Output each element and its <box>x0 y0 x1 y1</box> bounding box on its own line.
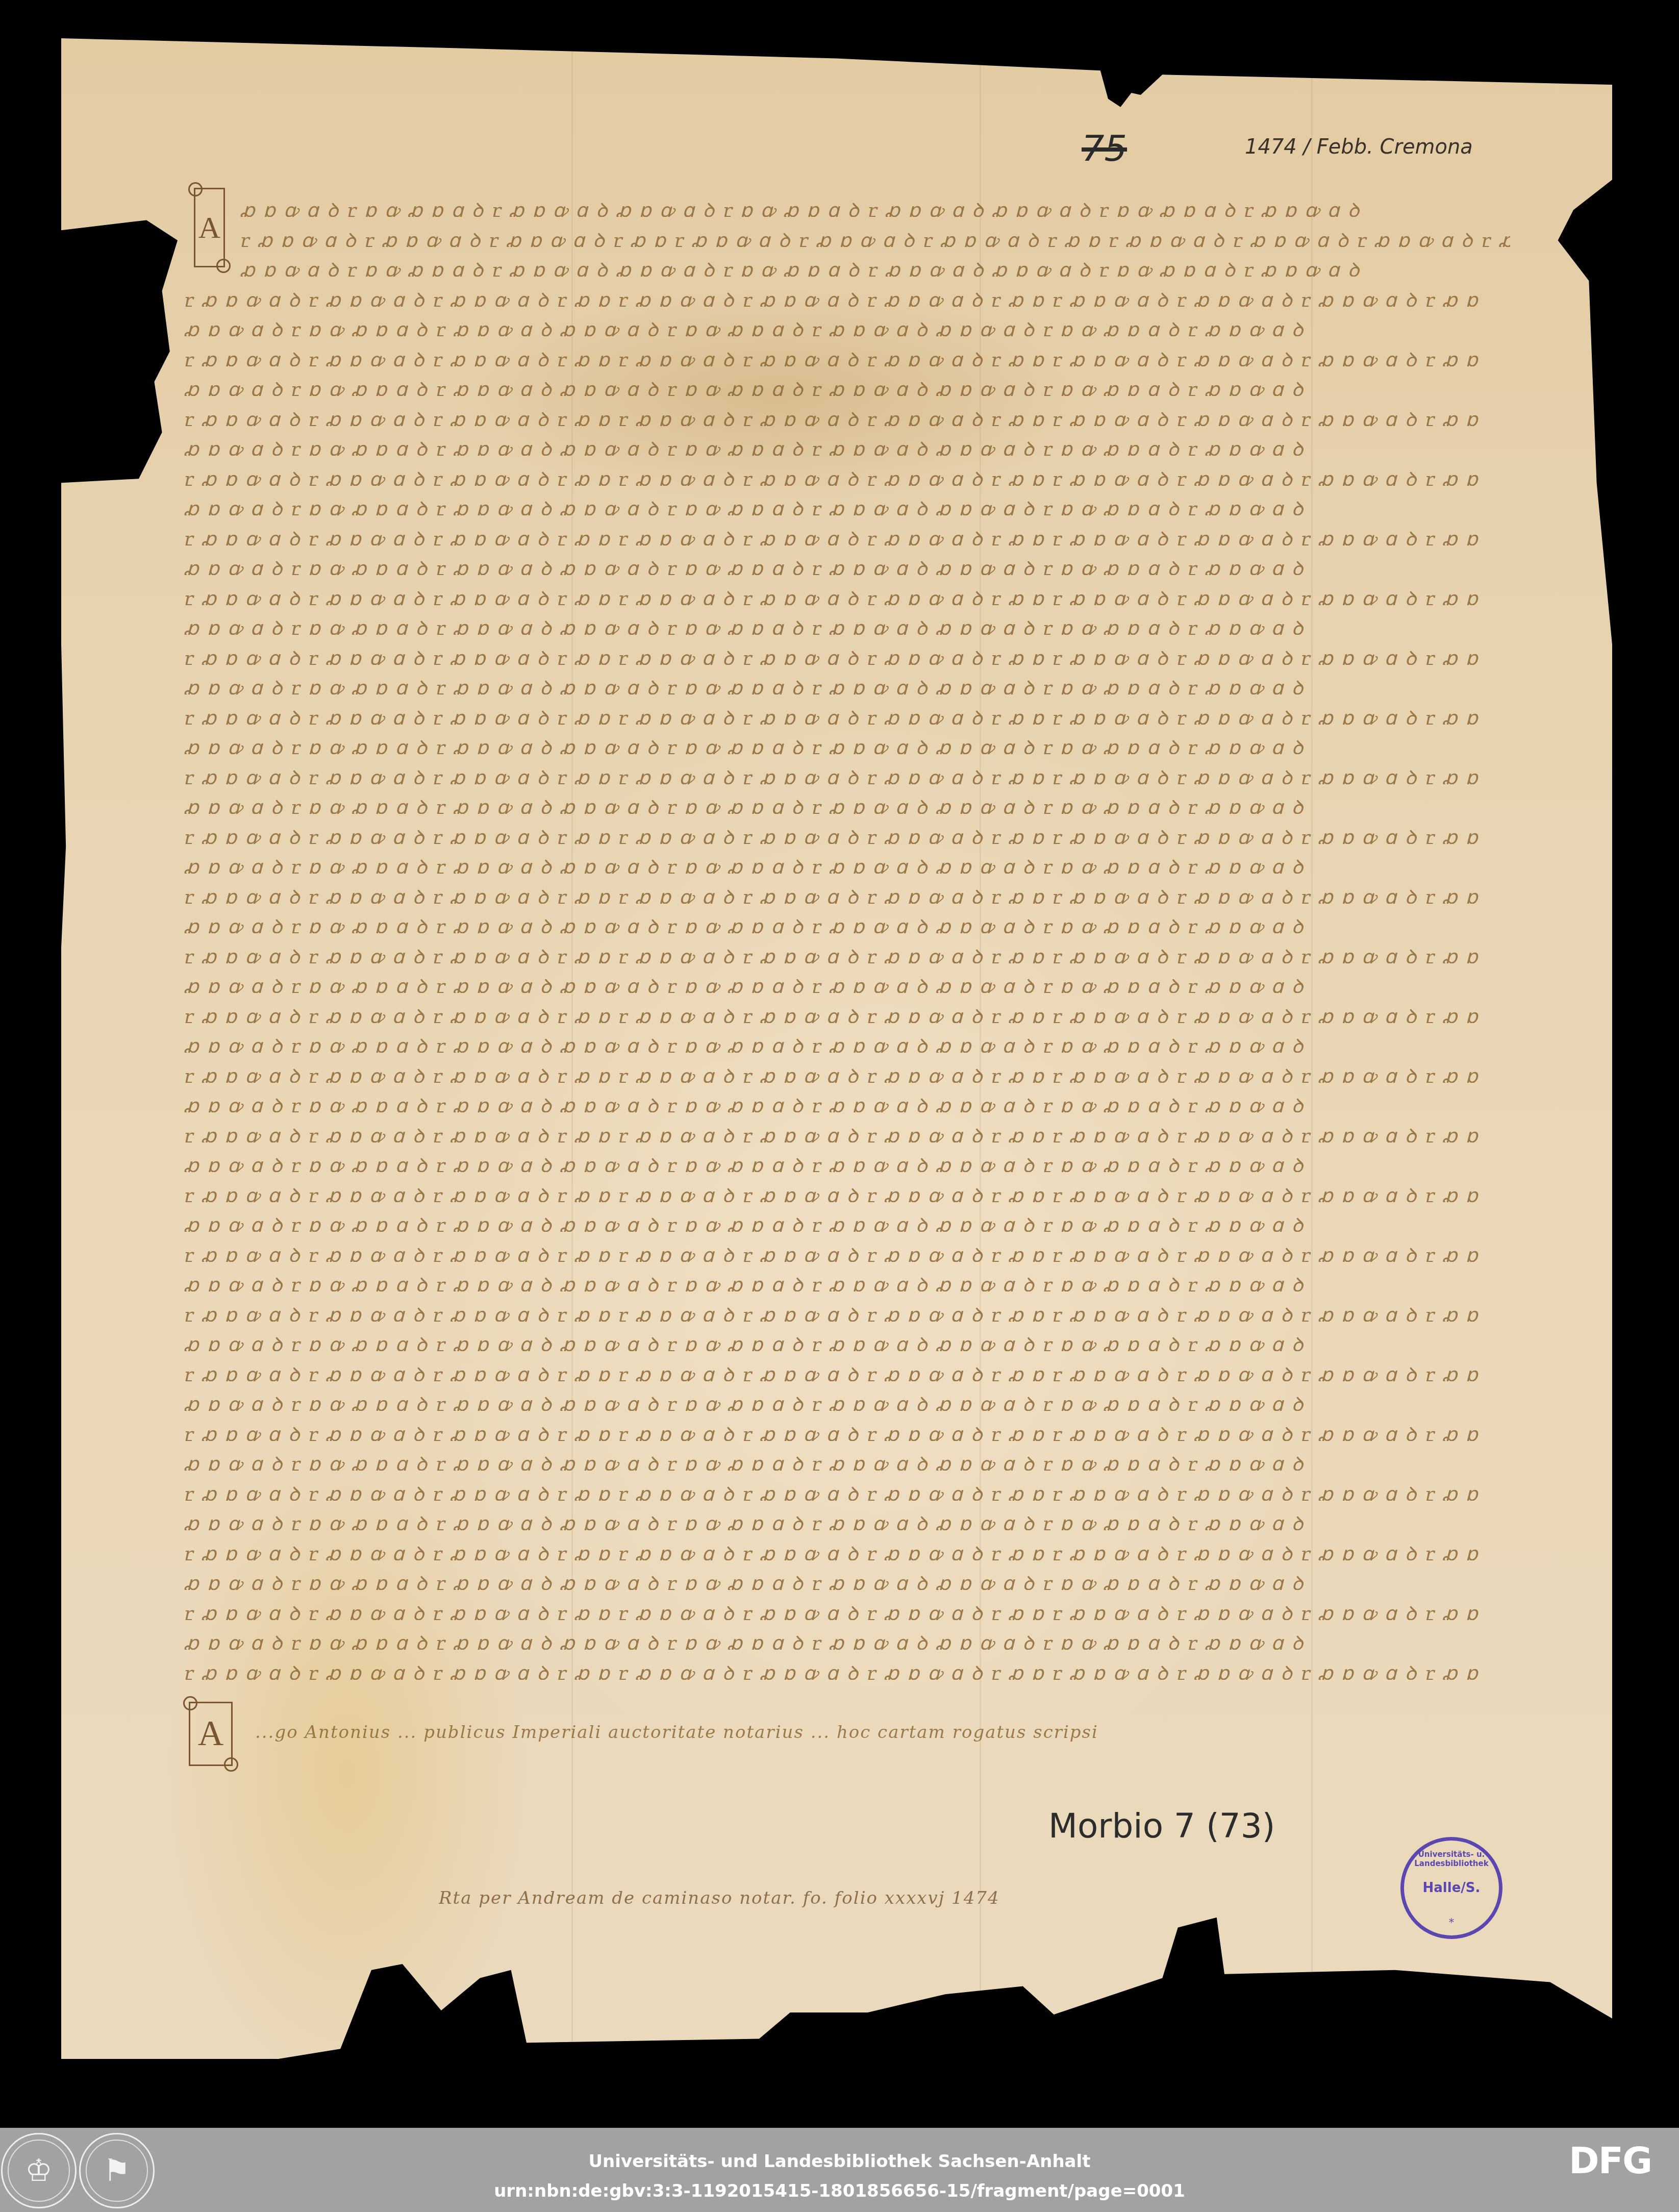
manuscript-line: ꝓ ꝑ ꝙ ꝗ ꝺ ꝼ ꝑ ꝙ ꝓ ꝑ ꝗ ꝺ ꝼ ꝓ ꝑ ꝙ ꝗ ꝺ ꝓ ꝑ … <box>184 1629 1510 1650</box>
manuscript-line: ꝓ ꝑ ꝙ ꝗ ꝺ ꝼ ꝑ ꝙ ꝓ ꝑ ꝗ ꝺ ꝼ ꝓ ꝑ ꝙ ꝗ ꝺ ꝓ ꝑ … <box>184 1271 1510 1291</box>
manuscript-line: ꝓ ꝑ ꝙ ꝗ ꝺ ꝼ ꝑ ꝙ ꝓ ꝑ ꝗ ꝺ ꝼ ꝓ ꝑ ꝙ ꝗ ꝺ ꝓ ꝑ … <box>184 1092 1510 1112</box>
manuscript-line: ꝼ ꝓ ꝑ ꝙ ꝗ ꝺ ꝼ ꝓ ꝑ ꝙ ꝗ ꝺ ꝼ ꝓ ꝑ ꝙ ꝗ ꝺ ꝼ ꝓ … <box>184 1241 1510 1262</box>
manuscript-line: ꝓ ꝑ ꝙ ꝗ ꝺ ꝼ ꝑ ꝙ ꝓ ꝑ ꝗ ꝺ ꝼ ꝓ ꝑ ꝙ ꝗ ꝺ ꝓ ꝑ … <box>184 973 1510 993</box>
manuscript-line: ꝓ ꝑ ꝙ ꝗ ꝺ ꝼ ꝑ ꝙ ꝓ ꝑ ꝗ ꝺ ꝼ ꝓ ꝑ ꝙ ꝗ ꝺ ꝓ ꝑ … <box>184 1510 1510 1530</box>
shelfmark-annotation: Morbio 7 (73) <box>1048 1806 1275 1846</box>
manuscript-line: ꝼ ꝓ ꝑ ꝙ ꝗ ꝺ ꝼ ꝓ ꝑ ꝙ ꝗ ꝺ ꝼ ꝓ ꝑ ꝙ ꝗ ꝺ ꝼ ꝓ … <box>184 1540 1510 1560</box>
manuscript-line: ꝓ ꝑ ꝙ ꝗ ꝺ ꝼ ꝑ ꝙ ꝓ ꝑ ꝗ ꝺ ꝼ ꝓ ꝑ ꝙ ꝗ ꝺ ꝓ ꝑ … <box>184 1450 1510 1471</box>
manuscript-line: ꝓ ꝑ ꝙ ꝗ ꝺ ꝼ ꝑ ꝙ ꝓ ꝑ ꝗ ꝺ ꝼ ꝓ ꝑ ꝙ ꝗ ꝺ ꝓ ꝑ … <box>240 196 1510 217</box>
footer-bar: ♔ ⚑ Universitäts- und Landesbibliothek S… <box>0 2128 1679 2212</box>
manuscript-line: ꝼ ꝓ ꝑ ꝙ ꝗ ꝺ ꝼ ꝓ ꝑ ꝙ ꝗ ꝺ ꝼ ꝓ ꝑ ꝙ ꝗ ꝺ ꝼ ꝓ … <box>184 585 1510 605</box>
stamp-ring-text: Universitäts- u. Landesbibliothek <box>1404 1850 1499 1868</box>
manuscript-line: ꝼ ꝓ ꝑ ꝙ ꝗ ꝺ ꝼ ꝓ ꝑ ꝙ ꝗ ꝺ ꝼ ꝓ ꝑ ꝙ ꝗ ꝺ ꝼ ꝓ … <box>184 1182 1510 1202</box>
struck-folio-number: 75 <box>1082 128 1127 169</box>
manuscript-line: ꝼ ꝓ ꝑ ꝙ ꝗ ꝺ ꝼ ꝓ ꝑ ꝙ ꝗ ꝺ ꝼ ꝓ ꝑ ꝙ ꝗ ꝺ ꝼ ꝓ … <box>240 227 1510 247</box>
manuscript-line: ꝼ ꝓ ꝑ ꝙ ꝗ ꝺ ꝼ ꝓ ꝑ ꝙ ꝗ ꝺ ꝼ ꝓ ꝑ ꝙ ꝗ ꝺ ꝼ ꝓ … <box>184 1361 1510 1381</box>
manuscript-line: ꝓ ꝑ ꝙ ꝗ ꝺ ꝼ ꝑ ꝙ ꝓ ꝑ ꝗ ꝺ ꝼ ꝓ ꝑ ꝙ ꝗ ꝺ ꝓ ꝑ … <box>184 674 1510 694</box>
dfg-logo: DFG <box>1569 2139 1651 2182</box>
initial-letter: A <box>198 210 220 245</box>
manuscript-line: ꝼ ꝓ ꝑ ꝙ ꝗ ꝺ ꝼ ꝓ ꝑ ꝙ ꝗ ꝺ ꝼ ꝓ ꝑ ꝙ ꝗ ꝺ ꝼ ꝓ … <box>184 1301 1510 1322</box>
decorated-initial: A <box>194 188 225 267</box>
manuscript-line: ꝼ ꝓ ꝑ ꝙ ꝗ ꝺ ꝼ ꝓ ꝑ ꝙ ꝗ ꝺ ꝼ ꝓ ꝑ ꝙ ꝗ ꝺ ꝼ ꝓ … <box>184 704 1510 725</box>
manuscript-line: ꝼ ꝓ ꝑ ꝙ ꝗ ꝺ ꝼ ꝓ ꝑ ꝙ ꝗ ꝺ ꝼ ꝓ ꝑ ꝙ ꝗ ꝺ ꝼ ꝓ … <box>184 943 1510 963</box>
manuscript-line: ꝼ ꝓ ꝑ ꝙ ꝗ ꝺ ꝼ ꝓ ꝑ ꝙ ꝗ ꝺ ꝼ ꝓ ꝑ ꝙ ꝗ ꝺ ꝼ ꝓ … <box>184 346 1510 366</box>
manuscript-line: ꝓ ꝑ ꝙ ꝗ ꝺ ꝼ ꝑ ꝙ ꝓ ꝑ ꝗ ꝺ ꝼ ꝓ ꝑ ꝙ ꝗ ꝺ ꝓ ꝑ … <box>184 376 1510 396</box>
manuscript-line: ꝓ ꝑ ꝙ ꝗ ꝺ ꝼ ꝑ ꝙ ꝓ ꝑ ꝗ ꝺ ꝼ ꝓ ꝑ ꝙ ꝗ ꝺ ꝓ ꝑ … <box>184 1211 1510 1232</box>
date-place-annotation: 1474 / Febb. Cremona <box>1245 135 1473 159</box>
notary-sign-letter: A <box>198 1713 224 1754</box>
manuscript-line: ꝼ ꝓ ꝑ ꝙ ꝗ ꝺ ꝼ ꝓ ꝑ ꝙ ꝗ ꝺ ꝼ ꝓ ꝑ ꝙ ꝗ ꝺ ꝼ ꝓ … <box>184 406 1510 426</box>
manuscript-line: ꝼ ꝓ ꝑ ꝙ ꝗ ꝺ ꝼ ꝓ ꝑ ꝙ ꝗ ꝺ ꝼ ꝓ ꝑ ꝙ ꝗ ꝺ ꝼ ꝓ … <box>184 525 1510 545</box>
manuscript-line: ꝼ ꝓ ꝑ ꝙ ꝗ ꝺ ꝼ ꝓ ꝑ ꝙ ꝗ ꝺ ꝼ ꝓ ꝑ ꝙ ꝗ ꝺ ꝼ ꝓ … <box>184 465 1510 486</box>
manuscript-line: ꝓ ꝑ ꝙ ꝗ ꝺ ꝼ ꝑ ꝙ ꝓ ꝑ ꝗ ꝺ ꝼ ꝓ ꝑ ꝙ ꝗ ꝺ ꝓ ꝑ … <box>184 495 1510 515</box>
manuscript-line: ꝼ ꝓ ꝑ ꝙ ꝗ ꝺ ꝼ ꝓ ꝑ ꝙ ꝗ ꝺ ꝼ ꝓ ꝑ ꝙ ꝗ ꝺ ꝼ ꝓ … <box>184 824 1510 844</box>
notary-sign: A <box>189 1702 233 1766</box>
registration-note: Rta per Andream de caminaso notar. fo. f… <box>439 1888 1127 1908</box>
manuscript-line: ꝓ ꝑ ꝙ ꝗ ꝺ ꝼ ꝑ ꝙ ꝓ ꝑ ꝗ ꝺ ꝼ ꝓ ꝑ ꝙ ꝗ ꝺ ꝓ ꝑ … <box>184 913 1510 933</box>
manuscript-line: ꝼ ꝓ ꝑ ꝙ ꝗ ꝺ ꝼ ꝓ ꝑ ꝙ ꝗ ꝺ ꝼ ꝓ ꝑ ꝙ ꝗ ꝺ ꝼ ꝓ … <box>184 764 1510 784</box>
manuscript-line: ꝓ ꝑ ꝙ ꝗ ꝺ ꝼ ꝑ ꝙ ꝓ ꝑ ꝗ ꝺ ꝼ ꝓ ꝑ ꝙ ꝗ ꝺ ꝓ ꝑ … <box>184 793 1510 814</box>
library-stamp: Universitäts- u. Landesbibliothek Halle/… <box>1400 1837 1502 1939</box>
manuscript-line: ꝓ ꝑ ꝙ ꝗ ꝺ ꝼ ꝑ ꝙ ꝓ ꝑ ꝗ ꝺ ꝼ ꝓ ꝑ ꝙ ꝗ ꝺ ꝓ ꝑ … <box>184 1032 1510 1053</box>
manuscript-line: ꝓ ꝑ ꝙ ꝗ ꝺ ꝼ ꝑ ꝙ ꝓ ꝑ ꝗ ꝺ ꝼ ꝓ ꝑ ꝙ ꝗ ꝺ ꝓ ꝑ … <box>184 1570 1510 1590</box>
manuscript-line: ꝼ ꝓ ꝑ ꝙ ꝗ ꝺ ꝼ ꝓ ꝑ ꝙ ꝗ ꝺ ꝼ ꝓ ꝑ ꝙ ꝗ ꝺ ꝼ ꝓ … <box>184 1600 1510 1620</box>
manuscript-line: ꝼ ꝓ ꝑ ꝙ ꝗ ꝺ ꝼ ꝓ ꝑ ꝙ ꝗ ꝺ ꝼ ꝓ ꝑ ꝙ ꝗ ꝺ ꝼ ꝓ … <box>184 644 1510 665</box>
stamp-center-text: Halle/S. <box>1404 1880 1499 1896</box>
manuscript-line: ꝓ ꝑ ꝙ ꝗ ꝺ ꝼ ꝑ ꝙ ꝓ ꝑ ꝗ ꝺ ꝼ ꝓ ꝑ ꝙ ꝗ ꝺ ꝓ ꝑ … <box>184 435 1510 456</box>
manuscript-line: ꝓ ꝑ ꝙ ꝗ ꝺ ꝼ ꝑ ꝙ ꝓ ꝑ ꝗ ꝺ ꝼ ꝓ ꝑ ꝙ ꝗ ꝺ ꝓ ꝑ … <box>184 1331 1510 1351</box>
manuscript-line: ꝓ ꝑ ꝙ ꝗ ꝺ ꝼ ꝑ ꝙ ꝓ ꝑ ꝗ ꝺ ꝼ ꝓ ꝑ ꝙ ꝗ ꝺ ꝓ ꝑ … <box>184 555 1510 575</box>
manuscript-line: ꝓ ꝑ ꝙ ꝗ ꝺ ꝼ ꝑ ꝙ ꝓ ꝑ ꝗ ꝺ ꝼ ꝓ ꝑ ꝙ ꝗ ꝺ ꝓ ꝑ … <box>184 1390 1510 1411</box>
manuscript-line: ꝓ ꝑ ꝙ ꝗ ꝺ ꝼ ꝑ ꝙ ꝓ ꝑ ꝗ ꝺ ꝼ ꝓ ꝑ ꝙ ꝗ ꝺ ꝓ ꝑ … <box>184 316 1510 336</box>
manuscript-line: ꝼ ꝓ ꝑ ꝙ ꝗ ꝺ ꝼ ꝓ ꝑ ꝙ ꝗ ꝺ ꝼ ꝓ ꝑ ꝙ ꝗ ꝺ ꝼ ꝓ … <box>184 883 1510 904</box>
manuscript-line: ꝓ ꝑ ꝙ ꝗ ꝺ ꝼ ꝑ ꝙ ꝓ ꝑ ꝗ ꝺ ꝼ ꝓ ꝑ ꝙ ꝗ ꝺ ꝓ ꝑ … <box>184 614 1510 635</box>
manuscript-line: ꝼ ꝓ ꝑ ꝙ ꝗ ꝺ ꝼ ꝓ ꝑ ꝙ ꝗ ꝺ ꝼ ꝓ ꝑ ꝙ ꝗ ꝺ ꝼ ꝓ … <box>184 1659 1510 1680</box>
notary-subscription: ...go Antonius ... publicus Imperiali au… <box>255 1722 1480 1743</box>
stamp-star-icon: * <box>1404 1916 1499 1928</box>
urn-identifier[interactable]: urn:nbn:de:gbv:3:3-1192015415-1801856656… <box>0 2181 1679 2201</box>
manuscript-line: ꝼ ꝓ ꝑ ꝙ ꝗ ꝺ ꝼ ꝓ ꝑ ꝙ ꝗ ꝺ ꝼ ꝓ ꝑ ꝙ ꝗ ꝺ ꝼ ꝓ … <box>184 286 1510 307</box>
manuscript-line: ꝼ ꝓ ꝑ ꝙ ꝗ ꝺ ꝼ ꝓ ꝑ ꝙ ꝗ ꝺ ꝼ ꝓ ꝑ ꝙ ꝗ ꝺ ꝼ ꝓ … <box>184 1480 1510 1501</box>
manuscript-line: ꝓ ꝑ ꝙ ꝗ ꝺ ꝼ ꝑ ꝙ ꝓ ꝑ ꝗ ꝺ ꝼ ꝓ ꝑ ꝙ ꝗ ꝺ ꝓ ꝑ … <box>184 853 1510 874</box>
manuscript-line: ꝼ ꝓ ꝑ ꝙ ꝗ ꝺ ꝼ ꝓ ꝑ ꝙ ꝗ ꝺ ꝼ ꝓ ꝑ ꝙ ꝗ ꝺ ꝼ ꝓ … <box>184 1062 1510 1083</box>
manuscript-line: ꝼ ꝓ ꝑ ꝙ ꝗ ꝺ ꝼ ꝓ ꝑ ꝙ ꝗ ꝺ ꝼ ꝓ ꝑ ꝙ ꝗ ꝺ ꝼ ꝓ … <box>184 1003 1510 1023</box>
manuscript-line: ꝼ ꝓ ꝑ ꝙ ꝗ ꝺ ꝼ ꝓ ꝑ ꝙ ꝗ ꝺ ꝼ ꝓ ꝑ ꝙ ꝗ ꝺ ꝼ ꝓ … <box>184 1421 1510 1441</box>
manuscript-line: ꝓ ꝑ ꝙ ꝗ ꝺ ꝼ ꝑ ꝙ ꝓ ꝑ ꝗ ꝺ ꝼ ꝓ ꝑ ꝙ ꝗ ꝺ ꝓ ꝑ … <box>184 734 1510 754</box>
manuscript-line: ꝓ ꝑ ꝙ ꝗ ꝺ ꝼ ꝑ ꝙ ꝓ ꝑ ꝗ ꝺ ꝼ ꝓ ꝑ ꝙ ꝗ ꝺ ꝓ ꝑ … <box>240 256 1510 277</box>
manuscript-line: ꝼ ꝓ ꝑ ꝙ ꝗ ꝺ ꝼ ꝓ ꝑ ꝙ ꝗ ꝺ ꝼ ꝓ ꝑ ꝙ ꝗ ꝺ ꝼ ꝓ … <box>184 1122 1510 1142</box>
manuscript-line: ꝓ ꝑ ꝙ ꝗ ꝺ ꝼ ꝑ ꝙ ꝓ ꝑ ꝗ ꝺ ꝼ ꝓ ꝑ ꝙ ꝗ ꝺ ꝓ ꝑ … <box>184 1152 1510 1172</box>
institution-name: Universitäts- und Landesbibliothek Sachs… <box>0 2151 1679 2172</box>
